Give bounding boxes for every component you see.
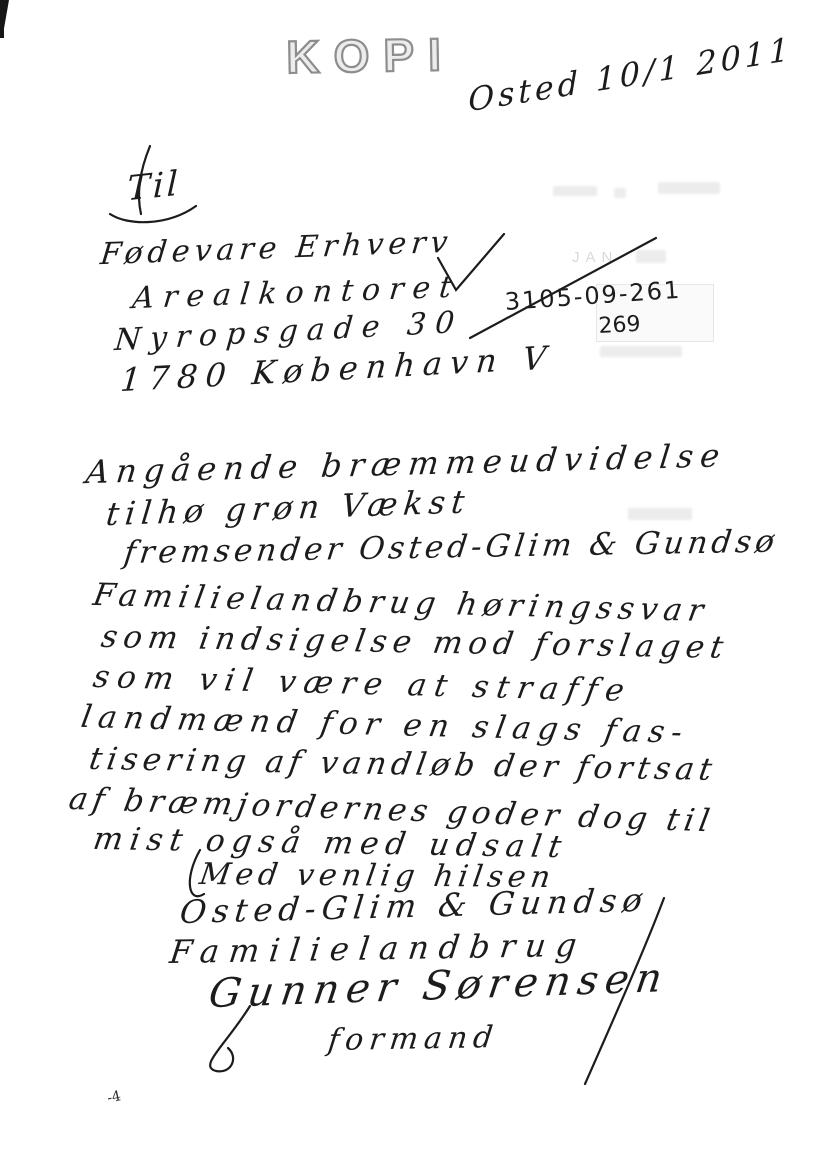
received-stamp-month: JAN xyxy=(572,250,618,265)
body-line: tisering af vandløb der fortsat xyxy=(87,744,719,786)
body-line: fremsender Osted-Glim & Gundsø xyxy=(122,527,780,569)
scanned-letter-page: KOPI Osted 10/1 2011 JAN Til Fødevare Er… xyxy=(0,0,826,1169)
signer-title: formand xyxy=(326,1023,500,1056)
reference-sub-number: 269 xyxy=(598,314,641,338)
pen-flourish xyxy=(110,206,196,222)
faint-stamp-fragment xyxy=(636,250,666,263)
body-line: som indsigelse mod forslaget xyxy=(99,622,731,664)
kopi-stamp: KOPI xyxy=(286,31,455,80)
body-line: tilhø grøn Vækst xyxy=(105,485,472,530)
body-line: som vil være at straffe xyxy=(91,662,634,707)
closing-organization: Osted-Glim & Gundsø xyxy=(178,884,649,928)
scan-edge-artifact xyxy=(0,24,4,38)
page-mark: -4 xyxy=(106,1089,122,1106)
date-line: Osted 10/1 2011 xyxy=(468,33,793,117)
faint-stamp-fragment xyxy=(614,188,626,198)
body-line: Angående bræmmeudvidelse xyxy=(84,439,728,488)
faint-stamp-fragment xyxy=(658,182,720,194)
recipient-line: Fødevare Erhverv xyxy=(99,228,454,270)
faint-stamp-fragment xyxy=(553,186,597,196)
faint-stamp-fragment xyxy=(628,508,692,520)
recipient-salutation: Til xyxy=(127,166,181,206)
faint-stamp-fragment xyxy=(600,346,682,357)
